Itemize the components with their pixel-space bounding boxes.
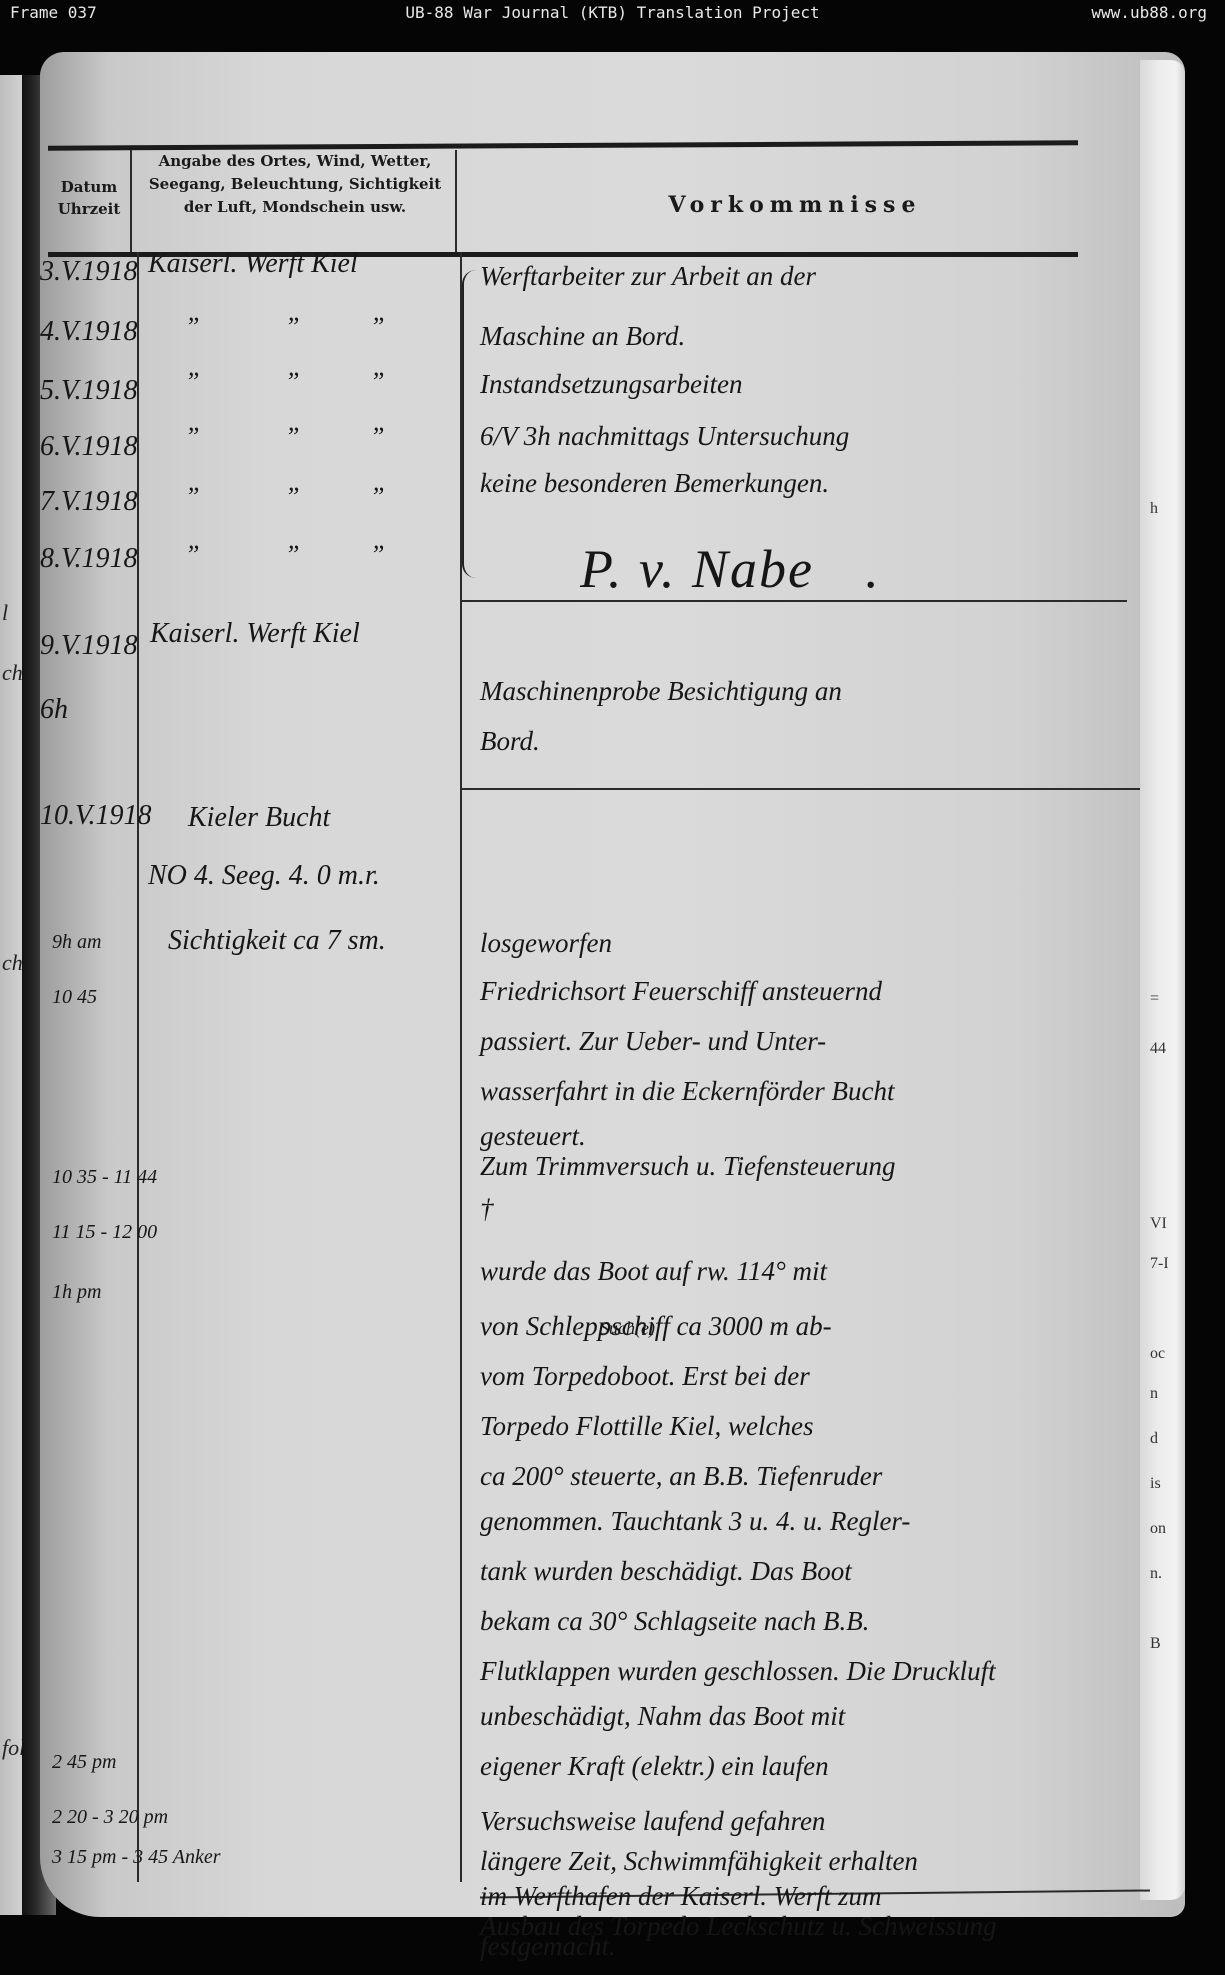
occurrence-line: Versuchsweise laufend gefahren [480,1806,825,1837]
occurrence-line: genommen. Tauchtank 3 u. 4. u. Regler- [480,1506,910,1537]
ditto-mark: ” [185,482,199,512]
occurrence-line: bekam ca 30° Schlagseite nach B.B. [480,1606,869,1637]
location-entry: Kieler Bucht [188,802,330,834]
header-datum: Datum Uhrzeit [48,176,130,220]
occurrence-line: wurde das Boot auf rw. 114° mit [480,1256,827,1287]
ditto-mark: ” [370,312,384,342]
occurrence-line: eigener Kraft (elektr.) ein laufen [480,1751,829,1782]
location-entry: Sichtigkeit ca 7 sm. [168,925,386,957]
edge-fragment: 7-I [1150,1255,1169,1273]
occurrence-line: Flutklappen wurden geschlossen. Die Druc… [480,1656,996,1687]
edge-fragment: n. [1150,1565,1162,1583]
ditto-mark: ” [185,540,199,570]
header-divider-2 [455,150,457,252]
left-page-fragment: ch [2,660,23,686]
entry-separator-2 [462,788,1140,790]
header-ort-line-1: Angabe des Ortes, Wind, Wetter, [135,150,455,173]
time-entry: 10 45 [52,986,97,1009]
edge-fragment: VI [1150,1215,1167,1233]
left-page-fragment: l [2,600,8,626]
edge-fragment: h [1150,500,1158,518]
location-entry: Kaiserl. Werft Kiel [150,618,360,650]
edge-fragment: is [1150,1475,1161,1493]
occurrence-line: wasserfahrt in die Eckernförder Bucht [480,1076,894,1107]
occurrence-line: losgeworfen [480,928,612,959]
header-ort-line-2: Seegang, Beleuchtung, Sichtigkeit [135,173,455,196]
edge-fragment: d [1150,1430,1158,1448]
date-entry: 9.V.1918 [40,630,138,662]
page-right-edge [1140,60,1185,1900]
ditto-mark: ” [185,312,199,342]
occurrence-line: tank wurden beschädigt. Das Boot [480,1556,852,1587]
entry-separator-1 [462,600,1127,602]
location-entry: Kaiserl. Werft Kiel [148,248,358,280]
time-entry: 9h am [52,931,101,954]
entry-bracket [462,270,480,578]
ditto-mark: ” [285,367,299,397]
occurrence-line: passiert. Zur Ueber- und Unter- [480,1026,826,1057]
occurrence-line: Friedrichsort Feuerschiff ansteuernd [480,976,882,1007]
time-entry: 10 35 - 11 44 [52,1166,157,1189]
location-entry: NO 4. Seeg. 4. 0 m.r. [148,860,380,892]
occurrence-line: ca 200° steuerte, an B.B. Tiefenruder [480,1461,882,1492]
occurrence-line: Maschine an Bord. [480,321,685,352]
time-entry: 2 20 - 3 20 pm [52,1806,168,1829]
date-entry: 6.V.1918 [40,431,138,463]
edge-fragment: 44 [1150,1040,1166,1058]
date-entry: 6h [40,694,68,726]
header-ort-line-3: der Luft, Mondschein usw. [135,196,455,219]
header-vorkommnisse: Vorkommnisse [460,192,1130,218]
signature: P. v. Nabe . [580,538,881,600]
occurrence-line: von Schleppschiff ca 3000 m ab- [480,1311,832,1342]
occurrence-line: Instandsetzungsarbeiten [480,369,743,400]
edge-fragment: n [1150,1385,1158,1403]
date-entry: 10.V.1918 [40,800,152,832]
date-entry: 8.V.1918 [40,543,138,575]
occurrence-line: längere Zeit, Schwimmfähigkeit erhalten [480,1846,918,1877]
time-entry: 2 45 pm [52,1751,116,1774]
occurrence-line: Zum Trimmversuch u. Tiefensteuerung [480,1151,896,1182]
header-divider-1 [130,150,132,252]
date-entry: 4.V.1918 [40,316,138,348]
ditto-mark: ” [370,482,384,512]
occurrence-line: 6/V 3h nachmittags Untersuchung [480,421,849,452]
occurrence-line: im Werfthafen der Kaiserl. Werft zum [480,1881,882,1912]
ditto-mark: ” [370,422,384,452]
occurrence-line: keine besonderen Bemerkungen. [480,468,829,499]
occurrence-line: Bord. [480,726,540,757]
occurrence-line: vom Torpedoboot. Erst bei der [480,1361,810,1392]
ditto-mark: ” [285,422,299,452]
edge-fragment: oc [1150,1345,1165,1363]
header-datum-label: Datum [48,176,130,198]
ditto-mark: ” [285,540,299,570]
ditto-mark: ” [370,367,384,397]
occurrence-line: † [480,1194,494,1225]
time-entry: 1h pm [52,1281,101,1304]
ditto-mark: ” [370,540,384,570]
left-page-fragment: ch [2,950,23,976]
date-entry: 5.V.1918 [40,375,138,407]
time-entry: 3 15 pm - 3 45 Anker [52,1846,221,1869]
header-ort: Angabe des Ortes, Wind, Wetter, Seegang,… [135,150,455,219]
date-entry: 7.V.1918 [40,486,138,518]
edge-fragment: on [1150,1520,1166,1538]
occurrence-line: Werftarbeiter zur Arbeit an der [480,261,816,292]
edge-fragment: = [1150,990,1159,1008]
ditto-mark: ” [185,422,199,452]
occurrence-line: festgemacht. [480,1931,616,1962]
ditto-mark: ” [285,482,299,512]
occurrence-line: gesteuert. [480,1121,586,1152]
time-entry: 11 15 - 12 00 [52,1221,157,1244]
ditto-mark: ” [285,312,299,342]
header-uhrzeit-label: Uhrzeit [48,198,130,220]
correction-annotation: Such(e) [600,1318,655,1339]
project-title: UB-88 War Journal (KTB) Translation Proj… [0,3,1225,22]
occurrence-line: unbeschädigt, Nahm das Boot mit [480,1701,845,1732]
site-url: www.ub88.org [1091,3,1207,22]
caption-bar: Frame 037 UB-88 War Journal (KTB) Transl… [0,0,1225,28]
date-entry: 3.V.1918 [40,256,138,288]
ditto-mark: ” [185,367,199,397]
edge-fragment: B [1150,1635,1161,1653]
occurrence-line: Torpedo Flottille Kiel, welches [480,1411,813,1442]
occurrence-line: Maschinenprobe Besichtigung an [480,676,842,707]
